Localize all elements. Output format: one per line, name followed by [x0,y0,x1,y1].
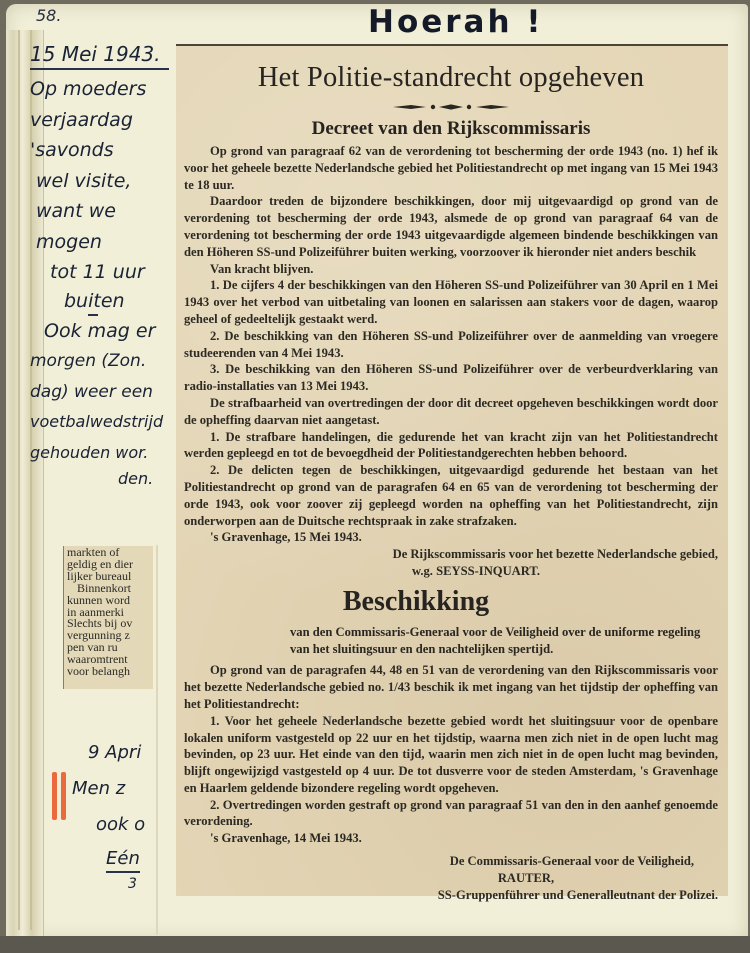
note-line: gehouden wor. [30,438,172,469]
note-line: voetbalwedstrijd [30,407,172,438]
decree-signatory-name: w.g. SEYSS-INQUART. [184,563,718,580]
beschikking-place-date: 's Gravenhage, 14 Mei 1943. [184,830,718,847]
decree-signatory-title: De Rijkscommissaris voor het bezette Ned… [184,546,718,563]
decree-paragraph: Daardoor treden de bijzondere beschikkin… [184,193,718,260]
decree-paragraph: 3. De beschikking van den Höheren SS-und… [184,361,718,395]
decree-paragraph: Van kracht blijven. [184,261,718,278]
page-number: 58. [36,6,61,25]
beschikking-paragraph: Op grond van de paragrafen 44, 48 en 51 … [184,662,718,712]
note-number: 3 [60,873,145,895]
note-line: wel visite, [30,166,172,197]
decree-paragraph: 2. De beschikking van den Höheren SS-und… [184,328,718,362]
page-shadow [0,936,750,953]
beschikking-signatory-name: RAUTER, [184,870,718,887]
decree-place-date: 's Gravenhage, 15 Mei 1943. [184,529,718,546]
note-line: want we [30,196,172,227]
note-date: 15 Mei 1943. [30,40,169,70]
decree-paragraph: Op grond van paragraaf 62 van de verorde… [184,143,718,193]
note-line: Op moeders [30,74,172,105]
lower-handwritten-notes: 9 Apri Men z ook o Eén 3 [60,735,145,895]
decree-paragraph: 1. De strafbare handelingen, die geduren… [184,429,718,463]
beschikking-signatory-rank: SS-Gruppenführer und Generalleutnant der… [184,887,718,904]
binding-edge [18,30,20,930]
beschikking-signatory-title: De Commissaris-Generaal voor de Veilighe… [184,853,718,870]
beschikking-paragraph: 2. Overtredingen worden gestraft op gron… [184,797,718,831]
newspaper-clipping: Het Politie-standrecht opgeheven Decreet… [176,44,728,896]
note-line: buiten [30,288,172,314]
ornament-divider-icon [391,102,511,112]
note-underlined: Eén [106,847,140,873]
note-line: ook o [60,807,145,843]
beschikking-heading: Beschikking [184,586,718,618]
note-line: verjaardag [30,105,172,136]
note-line: mogen [30,227,172,258]
note-line: dag) weer een [30,377,172,408]
clipping-title: Het Politie-standrecht opgeheven [184,62,718,94]
note-line: morgen (Zon. [30,346,172,377]
decree-paragraph: De strafbaarheid van overtredingen der d… [184,395,718,429]
note-line: 9 Apri [60,735,145,771]
note-line: Ook mag er [30,316,172,347]
note-line: Men z [60,771,145,807]
decree-paragraph: 2. De delicten tegen de beschikkingen, u… [184,462,718,529]
note-line: tot 11 uur [30,257,172,288]
note-line: den. [30,468,172,490]
clipping-line: voor belangh [67,666,150,678]
decree-paragraph: 1. De cijfers 4 der beschikkingen van de… [184,277,718,327]
beschikking-subheading: van den Commissaris-Generaal voor de Vei… [184,624,718,658]
partial-clipping: markten of geldig en dier lijker bureaul… [63,546,153,689]
decree-heading: Decreet van den Rijkscommissaris [184,118,718,140]
note-line: 'savonds [30,135,172,166]
handwritten-notes: 15 Mei 1943. Op moeders verjaardag 'savo… [30,40,172,490]
beschikking-paragraph: 1. Voor het geheele Nederlandsche bezett… [184,713,718,797]
handwritten-headline: Hoerah ! [368,4,543,40]
